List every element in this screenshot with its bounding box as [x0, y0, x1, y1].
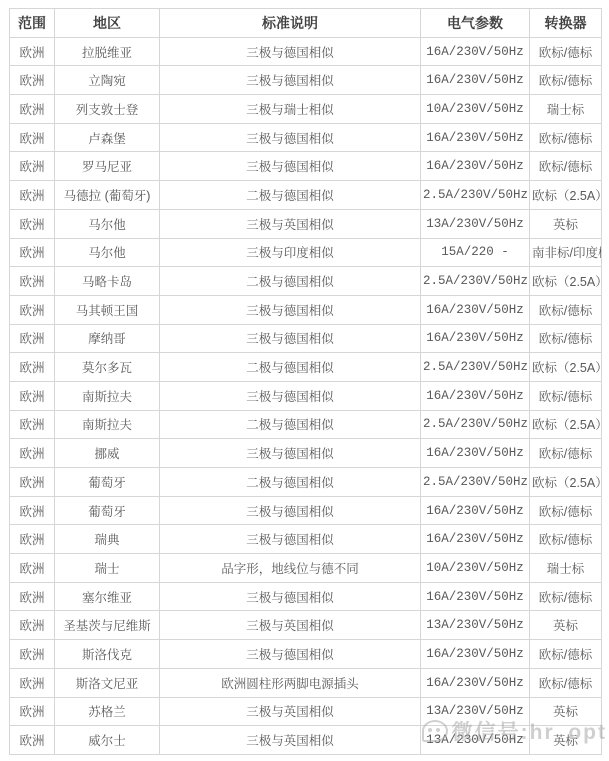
table-row: 欧洲 塞尔维亚 三极与德国相似 16A/230V/50Hz 欧标/德标	[10, 582, 602, 611]
cell-scope: 欧洲	[10, 640, 55, 669]
cell-region: 马其顿王国	[55, 295, 160, 324]
cell-standard: 二极与德国相似	[160, 181, 421, 210]
cell-converter: 欧标/德标	[530, 582, 602, 611]
cell-electrical: 16A/230V/50Hz	[421, 381, 530, 410]
table-row: 欧洲 南斯拉夫 二极与德国相似 2.5A/230V/50Hz 欧标（2.5A）	[10, 410, 602, 439]
cell-electrical: 16A/230V/50Hz	[421, 640, 530, 669]
table-row: 欧洲 卢森堡 三极与德国相似 16A/230V/50Hz 欧标/德标	[10, 123, 602, 152]
table-row: 欧洲 圣基茨与尼维斯 三极与英国相似 13A/230V/50Hz 英标	[10, 611, 602, 640]
cell-scope: 欧洲	[10, 410, 55, 439]
cell-scope: 欧洲	[10, 66, 55, 95]
cell-electrical: 16A/230V/50Hz	[421, 123, 530, 152]
cell-electrical: 16A/230V/50Hz	[421, 66, 530, 95]
cell-electrical: 16A/230V/50Hz	[421, 37, 530, 66]
cell-standard: 三极与德国相似	[160, 525, 421, 554]
cell-standard: 三极与德国相似	[160, 582, 421, 611]
cell-region: 马略卡岛	[55, 267, 160, 296]
cell-converter: 欧标/德标	[530, 66, 602, 95]
cell-electrical: 2.5A/230V/50Hz	[421, 410, 530, 439]
cell-region: 卢森堡	[55, 123, 160, 152]
cell-standard: 二极与德国相似	[160, 410, 421, 439]
cell-region: 马德拉 (葡萄牙)	[55, 181, 160, 210]
cell-electrical: 13A/230V/50Hz	[421, 726, 530, 755]
cell-standard: 三极与德国相似	[160, 123, 421, 152]
cell-region: 葡萄牙	[55, 496, 160, 525]
cell-electrical: 15A/220 -	[421, 238, 530, 267]
header-converter: 转换器	[530, 9, 602, 38]
cell-scope: 欧洲	[10, 181, 55, 210]
table-row: 欧洲 马略卡岛 二极与德国相似 2.5A/230V/50Hz 欧标（2.5A）	[10, 267, 602, 296]
cell-standard: 欧洲圆柱形两脚电源插头	[160, 668, 421, 697]
cell-region: 南斯拉夫	[55, 410, 160, 439]
cell-standard: 二极与德国相似	[160, 267, 421, 296]
cell-electrical: 2.5A/230V/50Hz	[421, 181, 530, 210]
cell-scope: 欧洲	[10, 611, 55, 640]
cell-electrical: 16A/230V/50Hz	[421, 295, 530, 324]
cell-electrical: 10A/230V/50Hz	[421, 554, 530, 583]
table-row: 欧洲 莫尔多瓦 二极与德国相似 2.5A/230V/50Hz 欧标（2.5A）	[10, 353, 602, 382]
cell-scope: 欧洲	[10, 496, 55, 525]
table-row: 欧洲 马尔他 三极与印度相似 15A/220 - 南非标/印度标	[10, 238, 602, 267]
cell-converter: 欧标/德标	[530, 324, 602, 353]
cell-standard: 三极与德国相似	[160, 640, 421, 669]
table-row: 欧洲 马德拉 (葡萄牙) 二极与德国相似 2.5A/230V/50Hz 欧标（2…	[10, 181, 602, 210]
cell-converter: 欧标（2.5A）	[530, 468, 602, 497]
cell-electrical: 2.5A/230V/50Hz	[421, 468, 530, 497]
cell-region: 瑞士	[55, 554, 160, 583]
header-electrical: 电气参数	[421, 9, 530, 38]
cell-region: 威尔士	[55, 726, 160, 755]
cell-scope: 欧洲	[10, 353, 55, 382]
cell-region: 拉脱维亚	[55, 37, 160, 66]
cell-converter: 欧标（2.5A）	[530, 410, 602, 439]
cell-region: 挪威	[55, 439, 160, 468]
cell-electrical: 16A/230V/50Hz	[421, 152, 530, 181]
cell-converter: 欧标/德标	[530, 152, 602, 181]
table-row: 欧洲 南斯拉夫 三极与德国相似 16A/230V/50Hz 欧标/德标	[10, 381, 602, 410]
cell-electrical: 13A/230V/50Hz	[421, 697, 530, 726]
cell-scope: 欧洲	[10, 295, 55, 324]
cell-electrical: 13A/230V/50Hz	[421, 611, 530, 640]
cell-region: 斯洛文尼亚	[55, 668, 160, 697]
header-standard: 标准说明	[160, 9, 421, 38]
cell-standard: 三极与瑞士相似	[160, 95, 421, 124]
table-row: 欧洲 苏格兰 三极与英国相似 13A/230V/50Hz 英标	[10, 697, 602, 726]
table-row: 欧洲 摩纳哥 三极与德国相似 16A/230V/50Hz 欧标/德标	[10, 324, 602, 353]
cell-region: 马尔他	[55, 209, 160, 238]
cell-region: 斯洛伐克	[55, 640, 160, 669]
table-row: 欧洲 马其顿王国 三极与德国相似 16A/230V/50Hz 欧标/德标	[10, 295, 602, 324]
cell-region: 葡萄牙	[55, 468, 160, 497]
cell-standard: 三极与德国相似	[160, 295, 421, 324]
table-row: 欧洲 威尔士 三极与英国相似 13A/230V/50Hz 英标	[10, 726, 602, 755]
cell-electrical: 13A/230V/50Hz	[421, 209, 530, 238]
cell-converter: 欧标/德标	[530, 381, 602, 410]
cell-standard: 三极与英国相似	[160, 611, 421, 640]
cell-converter: 欧标（2.5A）	[530, 181, 602, 210]
cell-standard: 三极与德国相似	[160, 324, 421, 353]
table-row: 欧洲 立陶宛 三极与德国相似 16A/230V/50Hz 欧标/德标	[10, 66, 602, 95]
cell-electrical: 2.5A/230V/50Hz	[421, 353, 530, 382]
table-body: 欧洲 拉脱维亚 三极与德国相似 16A/230V/50Hz 欧标/德标 欧洲 立…	[10, 37, 602, 754]
cell-converter: 瑞士标	[530, 554, 602, 583]
cell-converter: 欧标/德标	[530, 295, 602, 324]
cell-standard: 三极与德国相似	[160, 496, 421, 525]
cell-standard: 三极与德国相似	[160, 37, 421, 66]
header-scope: 范围	[10, 9, 55, 38]
header-row: 范围 地区 标准说明 电气参数 转换器	[10, 9, 602, 38]
table-row: 欧洲 葡萄牙 二极与德国相似 2.5A/230V/50Hz 欧标（2.5A）	[10, 468, 602, 497]
cell-region: 列支敦士登	[55, 95, 160, 124]
cell-scope: 欧洲	[10, 697, 55, 726]
cell-converter: 欧标/德标	[530, 496, 602, 525]
table-header: 范围 地区 标准说明 电气参数 转换器	[10, 9, 602, 38]
cell-converter: 英标	[530, 726, 602, 755]
cell-standard: 二极与德国相似	[160, 468, 421, 497]
cell-scope: 欧洲	[10, 726, 55, 755]
cell-electrical: 2.5A/230V/50Hz	[421, 267, 530, 296]
cell-scope: 欧洲	[10, 525, 55, 554]
cell-region: 塞尔维亚	[55, 582, 160, 611]
cell-converter: 英标	[530, 209, 602, 238]
cell-region: 圣基茨与尼维斯	[55, 611, 160, 640]
cell-electrical: 16A/230V/50Hz	[421, 668, 530, 697]
cell-scope: 欧洲	[10, 238, 55, 267]
cell-electrical: 16A/230V/50Hz	[421, 582, 530, 611]
cell-region: 摩纳哥	[55, 324, 160, 353]
cell-region: 南斯拉夫	[55, 381, 160, 410]
table-row: 欧洲 瑞士 品字形，地线位与德不同 10A/230V/50Hz 瑞士标	[10, 554, 602, 583]
cell-standard: 三极与英国相似	[160, 209, 421, 238]
cell-converter: 南非标/印度标	[530, 238, 602, 267]
cell-electrical: 16A/230V/50Hz	[421, 496, 530, 525]
table-row: 欧洲 瑞典 三极与德国相似 16A/230V/50Hz 欧标/德标	[10, 525, 602, 554]
cell-standard: 三极与印度相似	[160, 238, 421, 267]
cell-scope: 欧洲	[10, 152, 55, 181]
cell-scope: 欧洲	[10, 439, 55, 468]
cell-scope: 欧洲	[10, 582, 55, 611]
cell-converter: 欧标/德标	[530, 525, 602, 554]
cell-region: 苏格兰	[55, 697, 160, 726]
cell-scope: 欧洲	[10, 37, 55, 66]
cell-scope: 欧洲	[10, 468, 55, 497]
cell-converter: 英标	[530, 611, 602, 640]
cell-electrical: 16A/230V/50Hz	[421, 324, 530, 353]
cell-converter: 欧标/德标	[530, 439, 602, 468]
cell-region: 立陶宛	[55, 66, 160, 95]
cell-region: 罗马尼亚	[55, 152, 160, 181]
cell-electrical: 16A/230V/50Hz	[421, 525, 530, 554]
page: 范围 地区 标准说明 电气参数 转换器 欧洲 拉脱维亚 三极与德国相似 16A/…	[0, 0, 609, 761]
table-row: 欧洲 罗马尼亚 三极与德国相似 16A/230V/50Hz 欧标/德标	[10, 152, 602, 181]
cell-standard: 三极与德国相似	[160, 439, 421, 468]
table-row: 欧洲 列支敦士登 三极与瑞士相似 10A/230V/50Hz 瑞士标	[10, 95, 602, 124]
cell-converter: 欧标/德标	[530, 37, 602, 66]
cell-scope: 欧洲	[10, 668, 55, 697]
cell-electrical: 10A/230V/50Hz	[421, 95, 530, 124]
cell-scope: 欧洲	[10, 123, 55, 152]
cell-standard: 三极与德国相似	[160, 381, 421, 410]
cell-standard: 三极与德国相似	[160, 66, 421, 95]
cell-region: 莫尔多瓦	[55, 353, 160, 382]
table-row: 欧洲 葡萄牙 三极与德国相似 16A/230V/50Hz 欧标/德标	[10, 496, 602, 525]
cell-scope: 欧洲	[10, 324, 55, 353]
cell-scope: 欧洲	[10, 381, 55, 410]
cell-converter: 欧标（2.5A）	[530, 267, 602, 296]
plug-standards-table: 范围 地区 标准说明 电气参数 转换器 欧洲 拉脱维亚 三极与德国相似 16A/…	[9, 8, 602, 755]
cell-converter: 瑞士标	[530, 95, 602, 124]
cell-scope: 欧洲	[10, 267, 55, 296]
cell-region: 马尔他	[55, 238, 160, 267]
table-row: 欧洲 斯洛伐克 三极与德国相似 16A/230V/50Hz 欧标/德标	[10, 640, 602, 669]
table-row: 欧洲 马尔他 三极与英国相似 13A/230V/50Hz 英标	[10, 209, 602, 238]
cell-standard: 二极与德国相似	[160, 353, 421, 382]
table-row: 欧洲 拉脱维亚 三极与德国相似 16A/230V/50Hz 欧标/德标	[10, 37, 602, 66]
table-row: 欧洲 挪威 三极与德国相似 16A/230V/50Hz 欧标/德标	[10, 439, 602, 468]
table-row: 欧洲 斯洛文尼亚 欧洲圆柱形两脚电源插头 16A/230V/50Hz 欧标/德标	[10, 668, 602, 697]
cell-converter: 欧标（2.5A）	[530, 353, 602, 382]
cell-converter: 英标	[530, 697, 602, 726]
cell-region: 瑞典	[55, 525, 160, 554]
cell-converter: 欧标/德标	[530, 640, 602, 669]
cell-standard: 三极与德国相似	[160, 152, 421, 181]
cell-standard: 三极与英国相似	[160, 726, 421, 755]
cell-scope: 欧洲	[10, 209, 55, 238]
cell-converter: 欧标/德标	[530, 668, 602, 697]
cell-scope: 欧洲	[10, 95, 55, 124]
cell-converter: 欧标/德标	[530, 123, 602, 152]
cell-standard: 三极与英国相似	[160, 697, 421, 726]
cell-electrical: 16A/230V/50Hz	[421, 439, 530, 468]
header-region: 地区	[55, 9, 160, 38]
cell-scope: 欧洲	[10, 554, 55, 583]
cell-standard: 品字形，地线位与德不同	[160, 554, 421, 583]
